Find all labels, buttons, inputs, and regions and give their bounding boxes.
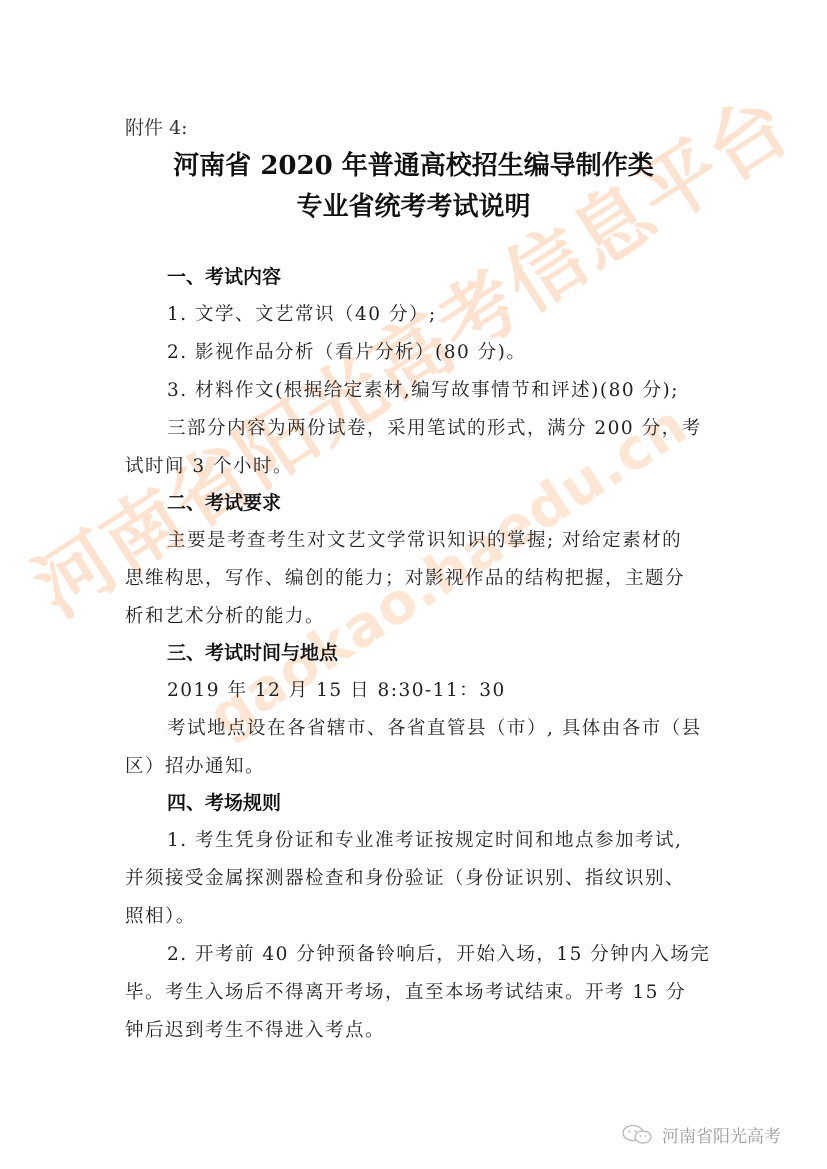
attachment-label: 附件 4:: [125, 113, 188, 140]
section-heading: 四、考场规则: [167, 788, 281, 815]
section-heading: 三、考试时间与地点: [167, 638, 338, 665]
paragraph-line: 3. 材料作文(根据给定素材,编写故事情节和评述)(80 分);: [167, 376, 679, 402]
paragraph-line: 思维构思，写作、编创的能力；对影视作品的结构把握，主题分: [125, 564, 685, 590]
section-heading: 一、考试内容: [167, 262, 281, 289]
paragraph-line: 考试地点设在各省辖市、各省直管县（市）, 具体由各市（县: [167, 714, 702, 740]
paragraph-line: 毕。考生入场后不得离开考场，直至本场考试结束。开考 15 分: [125, 978, 686, 1004]
paragraph-line: 1. 考生凭身份证和专业准考证按规定时间和地点参加考试,: [167, 826, 682, 852]
page-title-line-1: 河南省 2020 年普通高校招生编导制作类: [0, 145, 827, 182]
section-heading: 二、考试要求: [167, 488, 281, 515]
page-title-line-2: 专业省统考考试说明: [0, 186, 827, 223]
paragraph-line: 钟后迟到考生不得进入考点。: [125, 1016, 385, 1042]
paragraph-line: 并须接受金属探测器检查和身份验证（身份证识别、指纹识别、: [125, 864, 685, 890]
paragraph-line: 析和艺术分析的能力。: [125, 602, 325, 628]
paragraph-line: 照相）。: [125, 902, 196, 928]
paragraph-line: 主要是考查考生对文艺文学常识知识的掌握; 对给定素材的: [167, 526, 682, 552]
paragraph-line: 三部分内容为两份试卷，采用笔试的形式，满分 200 分，考: [167, 414, 702, 440]
paragraph-line: 2019 年 12 月 15 日 8:30-11：30: [167, 676, 506, 702]
wechat-account-footer: 河南省阳光高考: [620, 1122, 781, 1147]
wechat-icon: [620, 1124, 656, 1146]
paragraph-line: 1. 文学、文艺常识（40 分）;: [167, 300, 437, 326]
paragraph-line: 2. 开考前 40 分钟预备铃响后，开始入场，15 分钟内入场完: [167, 940, 710, 966]
paragraph-line: 试时间 3 个小时。: [125, 452, 293, 478]
paragraph-line: 区）招办通知。: [125, 752, 265, 778]
paragraph-line: 2. 影视作品分析（看片分析）(80 分)。: [167, 338, 526, 364]
account-name: 河南省阳光高考: [662, 1122, 781, 1147]
